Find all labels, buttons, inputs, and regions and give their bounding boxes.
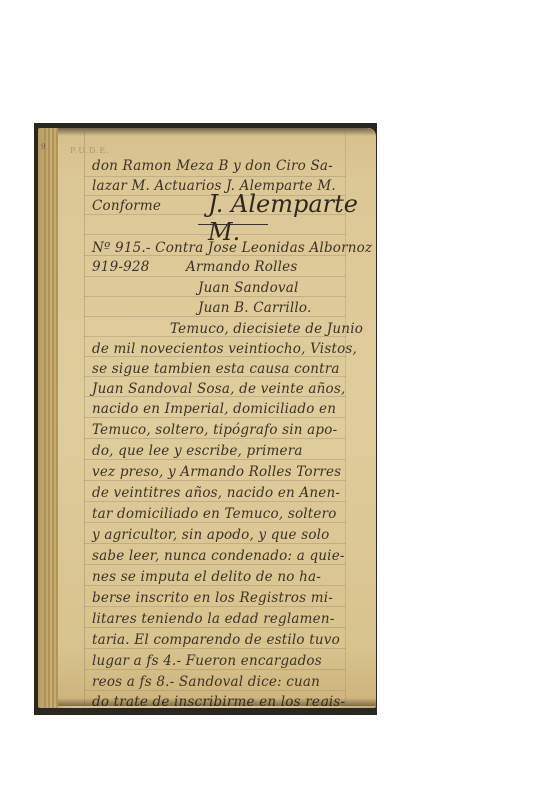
body-line: vez preso, y Armando Rolles Torres (92, 464, 356, 480)
register-page: P.U.D.E. don Ramon Meza B y don Ciro Sa-… (58, 128, 376, 706)
body-line: tar domiciliado en Temuco, soltero (92, 506, 356, 522)
bottom-shadow (58, 698, 376, 706)
signature: J. Alemparte M. (208, 190, 376, 246)
ruled-line (84, 669, 346, 670)
ruled-line (84, 276, 346, 277)
body-line: y agricultor, sin apodo, y que solo (92, 527, 356, 543)
defendant-2: Armando Rolles (186, 259, 356, 275)
body-line: berse inscrito en los Registros mi- (92, 590, 356, 606)
case-number-line: Nº 915.- Contra Jose Leonidas Albornoz (92, 240, 356, 256)
defendant-3: Juan Sandoval (198, 280, 356, 296)
header-line-1: don Ramon Meza B y don Ciro Sa- (92, 158, 356, 174)
ruled-line (84, 501, 346, 502)
ruled-line (84, 296, 346, 297)
body-line: de veintitres años, nacido en Anen- (92, 485, 356, 501)
body-line: litares teniendo la edad reglamen- (92, 611, 356, 627)
page-edge (52, 128, 54, 708)
body-line: nacido en Imperial, domiciliado en (92, 401, 356, 417)
signature-underline (198, 224, 268, 225)
ruled-line (84, 543, 346, 544)
page-edge (48, 128, 50, 708)
body-line: de mil novecientos veintiocho, Vistos, (92, 341, 356, 357)
body-line: Temuco, diecisiete de Junio (170, 321, 356, 337)
body-line: sabe leer, nunca condenado: a quie- (92, 548, 356, 564)
ruled-line (84, 522, 346, 523)
ruled-line (84, 690, 346, 691)
ruled-line (84, 438, 346, 439)
ruled-line (84, 564, 346, 565)
top-shadow (58, 128, 376, 136)
ruled-line (84, 480, 346, 481)
body-line: lugar a fs 4.- Fueron encargados (92, 653, 356, 669)
ruled-line (84, 585, 346, 586)
body-line: reos a fs 8.- Sandoval dice: cuan (92, 674, 356, 690)
ruled-line (84, 606, 346, 607)
page-edge (44, 128, 46, 708)
body-line: Temuco, soltero, tipógrafo sin apo- (92, 422, 356, 438)
body-line: taria. El comparendo de estilo tuvo (92, 632, 356, 648)
ruled-line (84, 417, 346, 418)
ruled-line (84, 176, 346, 177)
body-line: Juan Sandoval Sosa, de veinte años, (92, 381, 356, 397)
margin-stamp: P.U.D.E. (70, 146, 110, 155)
body-line: se sigue tambien esta causa contra (92, 361, 356, 377)
body-line: nes se imputa el delito de no ha- (92, 569, 356, 585)
ruled-line (84, 316, 346, 317)
ruled-line (84, 627, 346, 628)
margin-mark: 9 (41, 143, 45, 151)
ruled-line (84, 459, 346, 460)
defendant-4: Juan B. Carrillo. (198, 300, 356, 316)
ruled-line (84, 648, 346, 649)
body-line: do, que lee y escribe, primera (92, 443, 356, 459)
